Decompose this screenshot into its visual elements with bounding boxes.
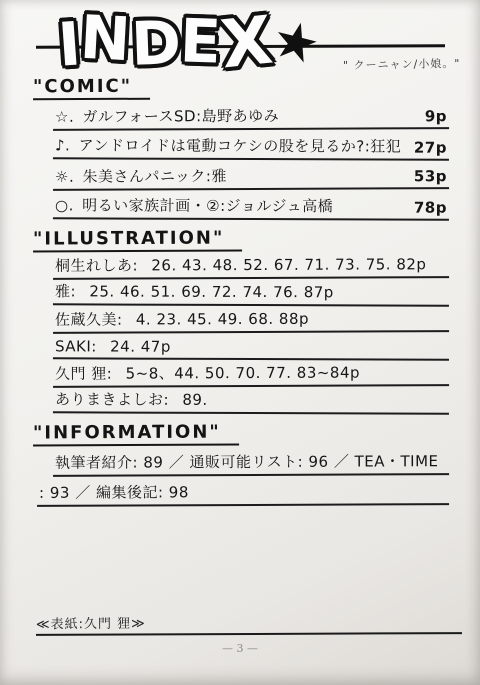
entry-title: 朱美さんパニック:雅 (82, 167, 227, 186)
entry-page-number: 9p (419, 107, 447, 125)
toc-entry: ありまきよしお: 89. (53, 386, 449, 414)
entry-page-number: 53p (408, 167, 447, 185)
scanned-index-page: I N D E X ★ " クーニャン/小娘。" "COMIC" ☆. ガルフォ… (0, 0, 480, 685)
artist-name: 桐生れしあ: (55, 256, 138, 274)
music-note-icon: ♪. (55, 136, 70, 154)
entry-page-number: 78p (408, 199, 447, 217)
toc-entry: 佐蔵久美: 4. 23. 45. 49. 68. 88p (53, 305, 449, 334)
page-number-footer: — 3 — (0, 642, 480, 655)
toc-entry: 雅: 25. 46. 51. 69. 72. 74. 76. 87p (53, 278, 449, 306)
toc-entry: 桐生れしあ: 26. 43. 48. 52. 67. 71. 73. 75. 8… (53, 251, 449, 280)
illustration-entries: 桐生れしあ: 26. 43. 48. 52. 67. 71. 73. 75. 8… (53, 252, 449, 414)
toc-entry: ○. 明るい家族計画・②:ジョルジュ高橋 78p (53, 189, 449, 220)
artist-name: 久門 狸: (55, 365, 112, 383)
issue-subtitle: " クーニャン/小娘。" (343, 55, 461, 73)
section-label-illustration: "ILLUSTRATION" (33, 227, 242, 252)
cover-credit: ≪表紙:久門 狸≫ (36, 613, 146, 633)
toc-entry: ☆. ガルフォースSD:島野あゆみ 9p (53, 99, 449, 131)
section-illustration: "ILLUSTRATION" 桐生れしあ: 26. 43. 48. 52. 67… (33, 228, 449, 414)
star-icon: ★ (265, 3, 327, 82)
toc-entry: 執筆者紹介: 89 ／ 通販可能リスト: 96 ／ TEA・TIME (53, 445, 449, 477)
toc-entry: ♪. アンドロイドは電動コケシの股を見るか?:狂犯 27p (53, 129, 449, 160)
artist-name: SAKI: (55, 337, 97, 355)
section-information: "INFORMATION" 執筆者紹介: 89 ／ 通販可能リスト: 96 ／ … (33, 422, 449, 506)
entry-page-number: 27p (408, 139, 447, 157)
star-icon: ☆. (55, 108, 74, 126)
footer-rule (36, 632, 462, 636)
artist-pages: 5~8、44. 50. 70. 77. 83~84p (126, 364, 360, 383)
artist-pages: 4. 23. 45. 49. 68. 88p (136, 310, 309, 329)
information-entries-continued: : 93 ／ 編集後記: 98 (37, 476, 449, 506)
toc-entry: 久門 狸: 5~8、44. 50. 70. 77. 83~84p (53, 359, 449, 388)
artist-name: 佐蔵久美: (55, 311, 123, 329)
artist-pages: 89. (182, 391, 207, 409)
table-of-contents: "COMIC" ☆. ガルフォースSD:島野あゆみ 9p ♪. アンドロイドは電… (33, 76, 449, 513)
entry-title: ガルフォースSD:島野あゆみ (82, 107, 279, 126)
toc-entry: ☼. 朱美さんパニック:雅 53p (53, 159, 449, 191)
logo-letter: E (179, 2, 223, 81)
sun-sparkle-icon: ☼. (55, 168, 74, 186)
information-entries: 執筆者紹介: 89 ／ 通販可能リスト: 96 ／ TEA・TIME (53, 446, 449, 476)
entry-title: 明るい家族計画・②:ジョルジュ高橋 (82, 196, 333, 215)
artist-name: 雅: (55, 282, 76, 300)
toc-entry: SAKI: 24. 47p (53, 332, 449, 360)
info-line: : 93 ／ 編集後記: 98 (39, 481, 189, 503)
artist-name: ありまきよしお: (55, 390, 169, 408)
logo-letter: N (78, 0, 132, 79)
comic-entries: ☆. ガルフォースSD:島野あゆみ 9p ♪. アンドロイドは電動コケシの股を見… (53, 100, 449, 220)
section-label-information: "INFORMATION" (33, 421, 239, 446)
toc-entry: : 93 ／ 編集後記: 98 (37, 475, 449, 507)
artist-pages: 24. 47p (110, 338, 171, 356)
artist-pages: 26. 43. 48. 52. 67. 71. 73. 75. 82p (151, 255, 426, 274)
artist-pages: 25. 46. 51. 69. 72. 74. 76. 87p (89, 282, 334, 301)
info-line: 執筆者紹介: 89 ／ 通販可能リスト: 96 ／ TEA・TIME (55, 450, 439, 473)
section-comic: "COMIC" ☆. ガルフォースSD:島野あゆみ 9p ♪. アンドロイドは電… (33, 76, 449, 220)
droplet-icon: ○. (55, 196, 74, 214)
index-logo-title: I N D E X ★ (58, 2, 321, 80)
logo-letter: D (129, 4, 182, 84)
entry-title: アンドロイドは電動コケシの股を見るか?:狂犯 (79, 136, 402, 155)
